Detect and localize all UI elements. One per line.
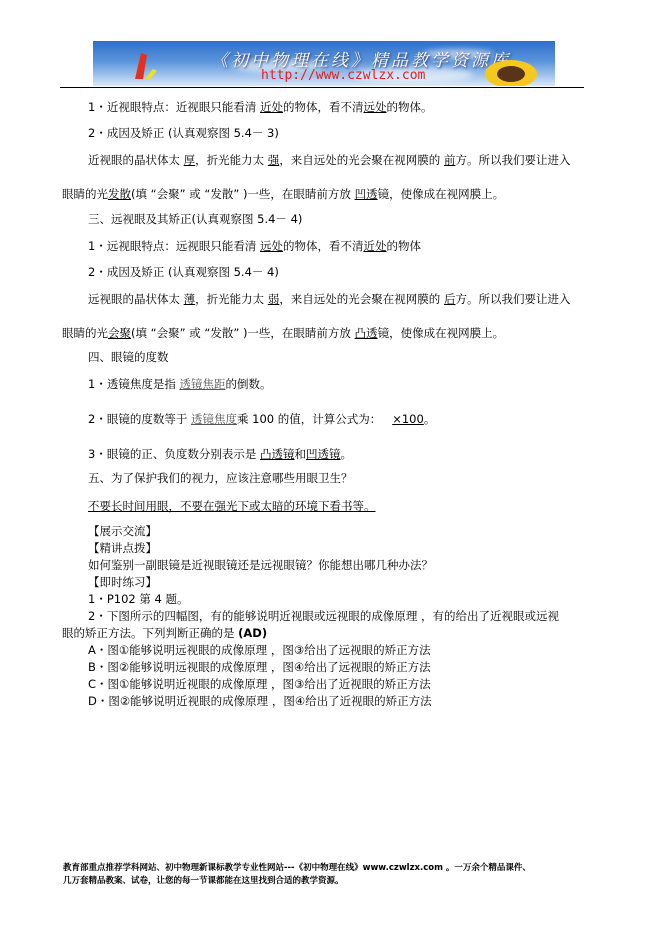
myopia-cause-heading: 2・成因及矫正 (认真观察图 5.4－ 3) — [88, 126, 279, 140]
option-a: A・图①能够说明远视眼的成像原理 ，图③给出了远视眼的矫正方法 — [88, 643, 431, 657]
header-banner: 《初中物理在线》精品教学资源库 http://www.czwlzx.com — [93, 41, 555, 86]
practice-q2-line1: 2・下图所示的四幅图，有的能够说明近视眼或远视眼的成像原理 ，有的给出了近视眼或… — [88, 609, 559, 623]
hyperopia-cause-text: 远视眼的晶状体太 薄，折光能力太 弱，来自远处的光会聚在视网膜的 后方。所以我们… — [88, 292, 570, 306]
hyperopia-correction-text: 眼睛的光会聚(填 “会聚” 或 “发散” )一些，在眼睛前方放 凸透镜，使像成在… — [62, 326, 504, 340]
myopia-feature: 1・近视眼特点：近视眼只能看清 近处的物体，看不清远处的物体。 — [88, 100, 432, 114]
myopia-correction-text: 眼睛的光发散(填 “会聚” 或 “发散” )一些，在眼睛前方放 凹透镜，使像成在… — [62, 187, 504, 201]
degree-p1: 1・透镜焦度是指 透镜焦距的倒数。 — [88, 377, 271, 391]
header-divider — [60, 87, 584, 88]
myopia-cause-text: 近视眼的晶状体太 厚，折光能力太 强，来自远处的光会聚在视网膜的 前方。所以我们… — [88, 153, 570, 167]
answer-badge: (AD) — [238, 626, 267, 640]
hygiene-heading: 五、为了保护我们的视力，应该注意哪些用眼卫生？ — [88, 471, 353, 485]
degree-p3: 3・眼镜的正、负度数分别表示是 凸透镜和凹透镜。 — [88, 447, 352, 461]
hyperopia-feature: 1・远视眼特点：远视眼只能看清 远处的物体，看不清近处的物体 — [88, 239, 421, 253]
option-d: D・图②能够说明近视眼的成像原理 ，图④给出了近视眼的矫正方法 — [88, 694, 432, 708]
hyperopia-cause-heading: 2・成因及矫正 (认真观察图 5.4－ 4) — [88, 265, 279, 279]
lecture-heading: 【精讲点拨】 — [88, 541, 157, 555]
display-heading: 【展示交流】 — [88, 524, 157, 538]
hygiene-answer: 不要长时间用眼，不要在强光下或太暗的环境下看书等。 — [88, 499, 376, 513]
practice-heading: 【即时练习】 — [88, 575, 157, 589]
degree-p2: 2・眼镜的度数等于 透镜焦度乘 100 的值，计算公式为： ×100。 — [88, 412, 435, 426]
footer-line2: 几万套精品教案、试卷，让您的每一节课都能在这里找到合适的教学资源。 — [63, 874, 344, 886]
footer-line1: 教育部重点推荐学科网站、初中物理新课标教学专业性网站---《初中物理在线》www… — [63, 861, 531, 873]
question-text: 如何鉴别一副眼镜是近视眼镜还是远视眼镜？你能想出哪几种办法？ — [88, 558, 433, 572]
practice-q2-line2: 眼的矫正方法。下列判断正确的是 (AD) — [62, 626, 267, 640]
option-b: B・图②能够说明远视眼的成像原理 ，图④给出了远视眼的矫正方法 — [88, 660, 431, 674]
hyperopia-heading: 三、远视眼及其矫正(认真观察图 5.4－ 4) — [88, 212, 302, 226]
logo-icon — [127, 49, 167, 81]
banner-url: http://www.czwlzx.com — [261, 68, 425, 83]
sunflower-icon — [483, 56, 537, 86]
option-c: C・图①能够说明近视眼的成像原理 ，图③给出了近视眼的矫正方法 — [88, 677, 431, 691]
practice-q1: 1・P102 第 4 题。 — [88, 592, 188, 606]
degree-heading: 四、眼镜的度数 — [88, 350, 169, 364]
